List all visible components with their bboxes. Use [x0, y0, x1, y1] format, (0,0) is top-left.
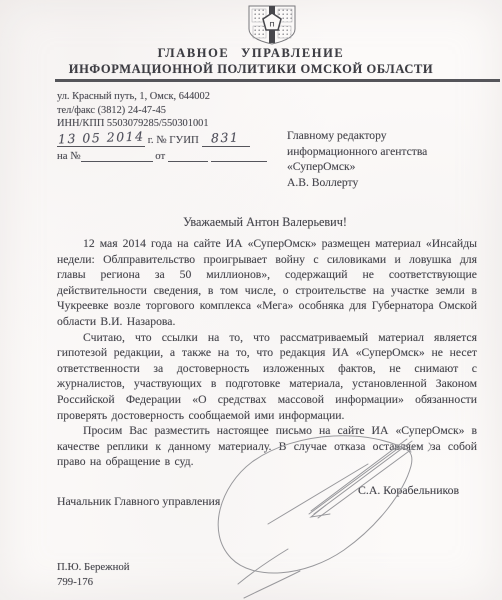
svg-text:п: п	[269, 20, 274, 29]
salutation: Уважаемый Антон Валерьевич!	[30, 215, 500, 230]
address-line: ул. Красный путь, 1, Омск, 644002	[57, 90, 210, 104]
addressee-line-2: информационного агентства	[287, 144, 427, 160]
signer-position: Начальник Главного управления	[57, 494, 220, 509]
scanned-letter-page: п ГЛАВНОЕ УПРАВЛЕНИЕ ИНФОРМАЦИОННОЙ ПОЛИ…	[0, 0, 502, 600]
paragraph-1: 12 мая 2014 года на сайте ИА «СуперОмск»…	[57, 236, 477, 330]
executor-phone: 799-176	[57, 575, 130, 590]
addressee-line-3: «СуперОмск»	[287, 159, 427, 175]
letter-body: 12 мая 2014 года на сайте ИА «СуперОмск»…	[57, 236, 477, 470]
addressee-line-4: А.В. Воллерту	[287, 175, 427, 191]
org-header: ГЛАВНОЕ УПРАВЛЕНИЕ ИНФОРМАЦИОННОЙ ПОЛИТИ…	[16, 46, 486, 77]
outgoing-date-field: 13 05 2014	[57, 131, 145, 147]
reply-date-blank-2	[211, 151, 267, 162]
addressee-line-1: Главному редактору	[287, 128, 427, 144]
reply-reference-line: на № от	[57, 150, 267, 162]
outgoing-number-field: 831	[202, 131, 250, 147]
paragraph-3: Просим Вас разместить настоящее письмо н…	[57, 423, 477, 470]
executor-name: П.Ю. Бережной	[57, 560, 130, 575]
org-name-line2: ИНФОРМАЦИОННОЙ ПОЛИТИКИ ОМСКОЙ ОБЛАСТИ	[16, 62, 486, 77]
handwritten-number: 831	[211, 130, 240, 146]
reply-from-label: от	[155, 150, 165, 162]
phone-line: тел/факс (3812) 24-47-45	[57, 104, 210, 118]
handwritten-date: 13 05 2014	[57, 128, 144, 146]
reply-date-blank-1	[168, 151, 208, 162]
contact-block: ул. Красный путь, 1, Омск, 644002 тел/фа…	[57, 90, 210, 131]
header-divider	[55, 79, 500, 82]
reply-prefix-label: на №	[57, 150, 81, 162]
reference-line: 13 05 2014 г. № ГУИП 831	[57, 131, 250, 147]
org-name-line1: ГЛАВНОЕ УПРАВЛЕНИЕ	[16, 46, 486, 61]
executor-block: П.Ю. Бережной 799-176	[57, 560, 130, 589]
omsk-coat-of-arms-icon: п	[246, 5, 298, 50]
reply-number-blank	[81, 151, 153, 162]
signer-name: С.А. Корабельников	[358, 483, 459, 498]
reference-label: г. № ГУИП	[148, 134, 199, 146]
paragraph-2: Считаю, что ссылки на то, что рассматрив…	[57, 330, 477, 424]
addressee-block: Главному редактору информационного агент…	[287, 128, 427, 190]
